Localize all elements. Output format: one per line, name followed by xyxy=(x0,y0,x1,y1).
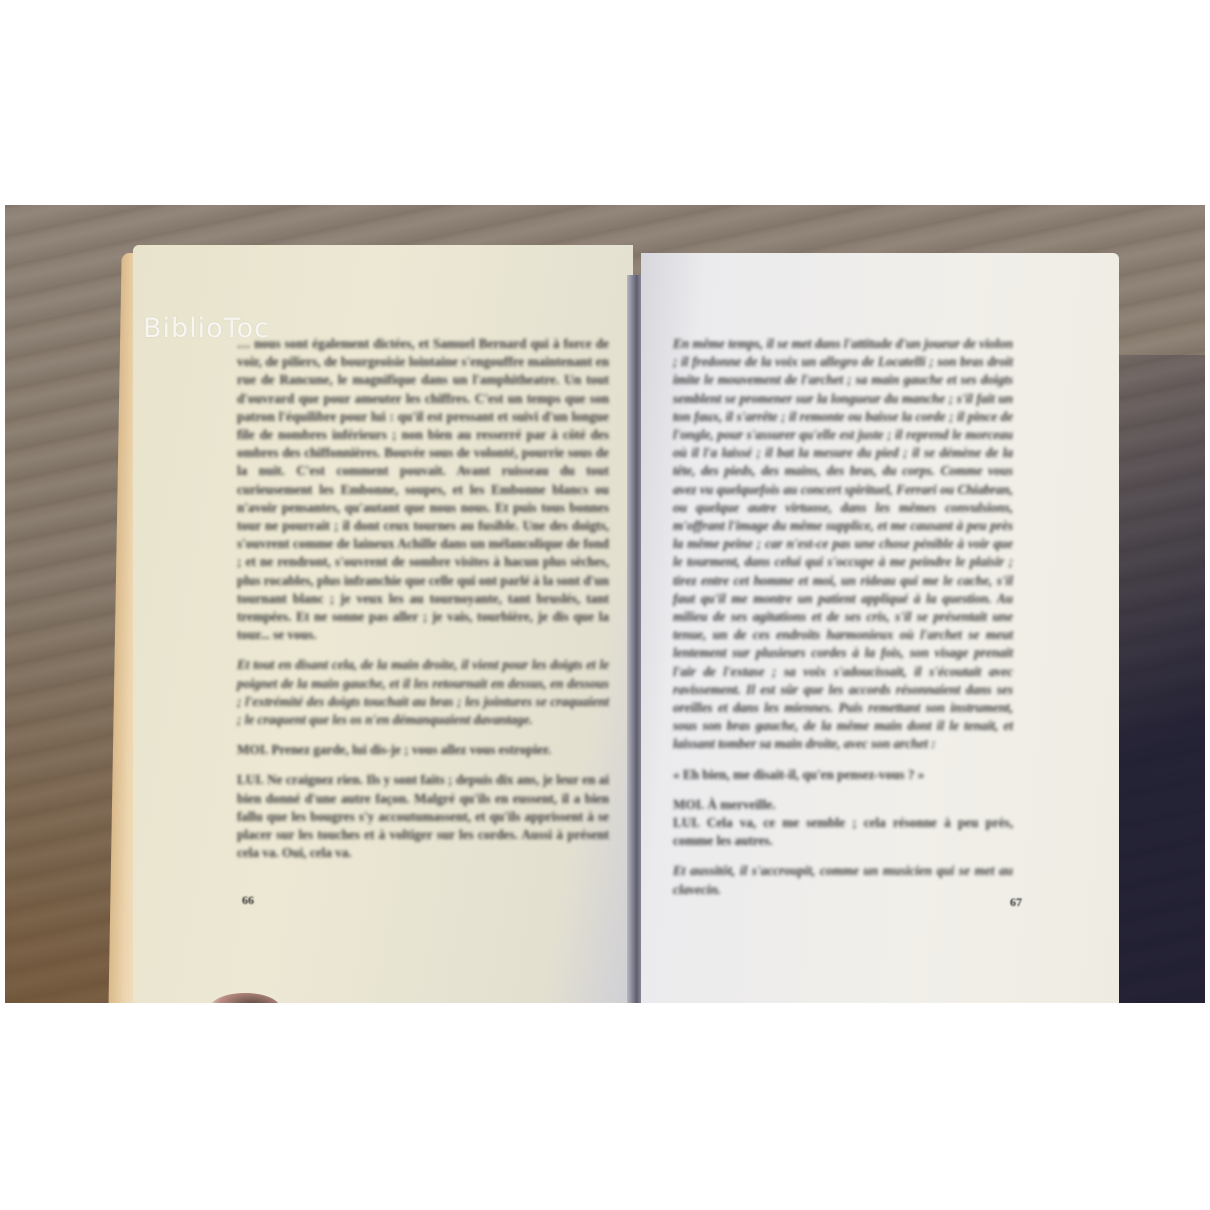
book-photo: BiblioToc … nous sont également dictées,… xyxy=(5,205,1205,1003)
page-number-left: 66 xyxy=(242,893,254,908)
right-page-text: En même temps, il se met dans l'attitude… xyxy=(673,335,1013,911)
paragraph: LUI. Ne craignez rien. Ils y sont faits … xyxy=(237,771,609,862)
left-page-text: … nous sont également dictées, et Samuel… xyxy=(237,335,609,874)
paragraph: LUI. Cela va, ce me semble ; cela résonn… xyxy=(673,814,1013,850)
page-number-right: 67 xyxy=(1010,895,1022,910)
paragraph: « Eh bien, me disait-il, qu'en pensez-vo… xyxy=(673,766,1013,784)
paragraph: … nous sont également dictées, et Samuel… xyxy=(237,335,609,644)
paragraph: MOI. Prenez garde, lui dis-je ; vous all… xyxy=(237,741,609,759)
paragraph: Et tout en disant cela, de la main droit… xyxy=(237,656,609,729)
paragraph: MOI. À merveille. xyxy=(673,796,1013,814)
paragraph: En même temps, il se met dans l'attitude… xyxy=(673,335,1013,754)
paragraph: Et aussitôt, il s'accroupit, comme un mu… xyxy=(673,862,1013,898)
wood-table-surface xyxy=(5,583,120,1003)
